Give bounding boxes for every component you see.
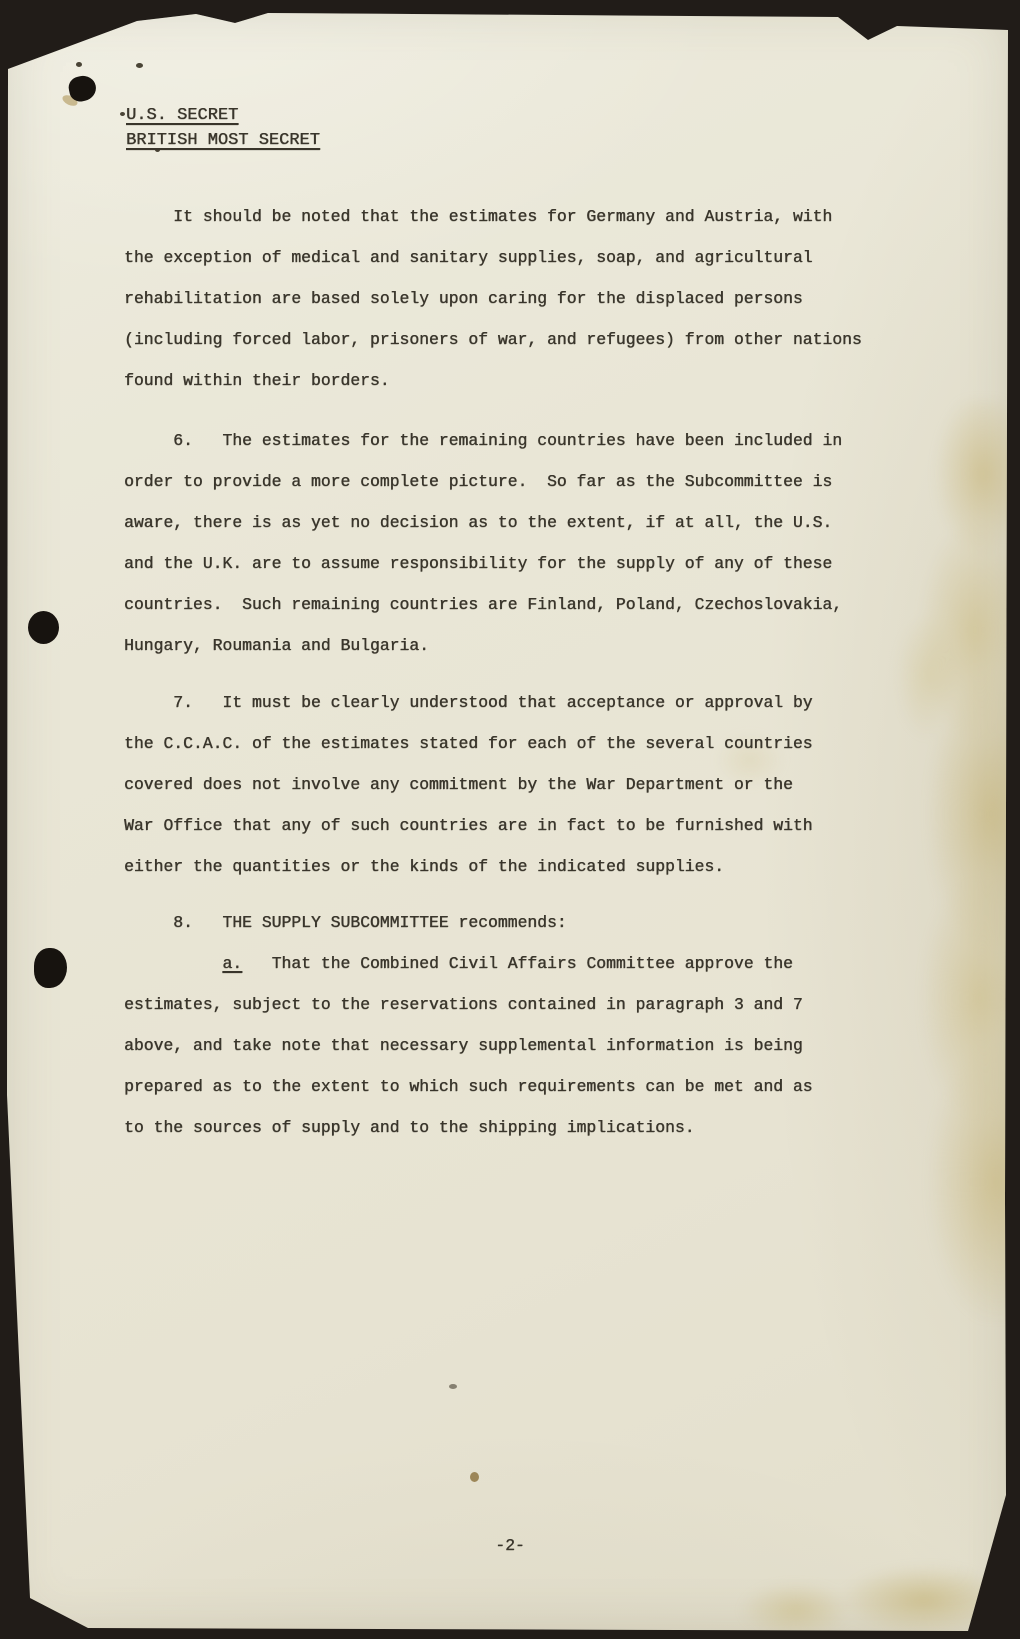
text-line: the exception of medical and sanitary su…	[124, 237, 914, 278]
text-line: 6. The estimates for the remaining count…	[124, 420, 914, 461]
text-line: countries. Such remaining countries are …	[124, 584, 914, 625]
subparagraph-a-label: a.	[222, 954, 242, 973]
paragraph-7: 7. It must be clearly understood that ac…	[124, 682, 914, 887]
classification-us-secret: U.S. SECRET	[126, 103, 320, 128]
text-line: estimates, subject to the reservations c…	[124, 984, 914, 1025]
text-line: to the sources of supply and to the ship…	[124, 1107, 914, 1148]
text-line: the C.C.A.C. of the estimates stated for…	[124, 723, 914, 764]
subparagraph-a-text: That the Combined Civil Affairs Committe…	[242, 954, 793, 973]
paragraph-8: 8. THE SUPPLY SUBCOMMITTEE recommends: a…	[124, 902, 914, 1148]
text-line: Hungary, Roumania and Bulgaria.	[124, 625, 914, 666]
document-page: U.S. SECRET BRITISH MOST SECRET It shoul…	[0, 0, 1020, 1639]
ink-speck	[120, 112, 125, 116]
paper-fleck	[470, 1472, 479, 1482]
ink-speck	[136, 63, 143, 68]
text-line: 7. It must be clearly understood that ac…	[124, 682, 914, 723]
punch-hole-left-lower	[34, 948, 67, 988]
scanned-document-screenshot: { "document": { "classification": { "lin…	[0, 0, 1020, 1639]
classification-british-most-secret: BRITISH MOST SECRET	[126, 128, 320, 153]
text-line: (including forced labor, prisoners of wa…	[124, 319, 914, 360]
text-line: found within their borders.	[124, 360, 914, 401]
text-line: rehabilitation are based solely upon car…	[124, 278, 914, 319]
paragraph-8-heading: 8. THE SUPPLY SUBCOMMITTEE recommends:	[124, 902, 914, 943]
text-line: above, and take note that necessary supp…	[124, 1025, 914, 1066]
ink-smudge	[449, 1384, 457, 1389]
text-line: covered does not involve any commitment …	[124, 764, 914, 805]
page-number: -2-	[124, 1536, 896, 1555]
ink-speck	[76, 62, 82, 67]
classification-header: U.S. SECRET BRITISH MOST SECRET	[126, 103, 320, 153]
subparagraph-a-indent	[124, 954, 222, 973]
text-line: It should be noted that the estimates fo…	[124, 196, 914, 237]
punch-hole-left-upper	[28, 611, 59, 644]
text-line: War Office that any of such countries ar…	[124, 805, 914, 846]
text-line: and the U.K. are to assume responsibilit…	[124, 543, 914, 584]
text-line: order to provide a more complete picture…	[124, 461, 914, 502]
text-line: aware, there is as yet no decision as to…	[124, 502, 914, 543]
paragraph-6: 6. The estimates for the remaining count…	[124, 420, 914, 666]
paragraph-intro: It should be noted that the estimates fo…	[124, 196, 914, 401]
subparagraph-a-line: a. That the Combined Civil Affairs Commi…	[124, 943, 914, 984]
text-line: prepared as to the extent to which such …	[124, 1066, 914, 1107]
text-line: either the quantities or the kinds of th…	[124, 846, 914, 887]
